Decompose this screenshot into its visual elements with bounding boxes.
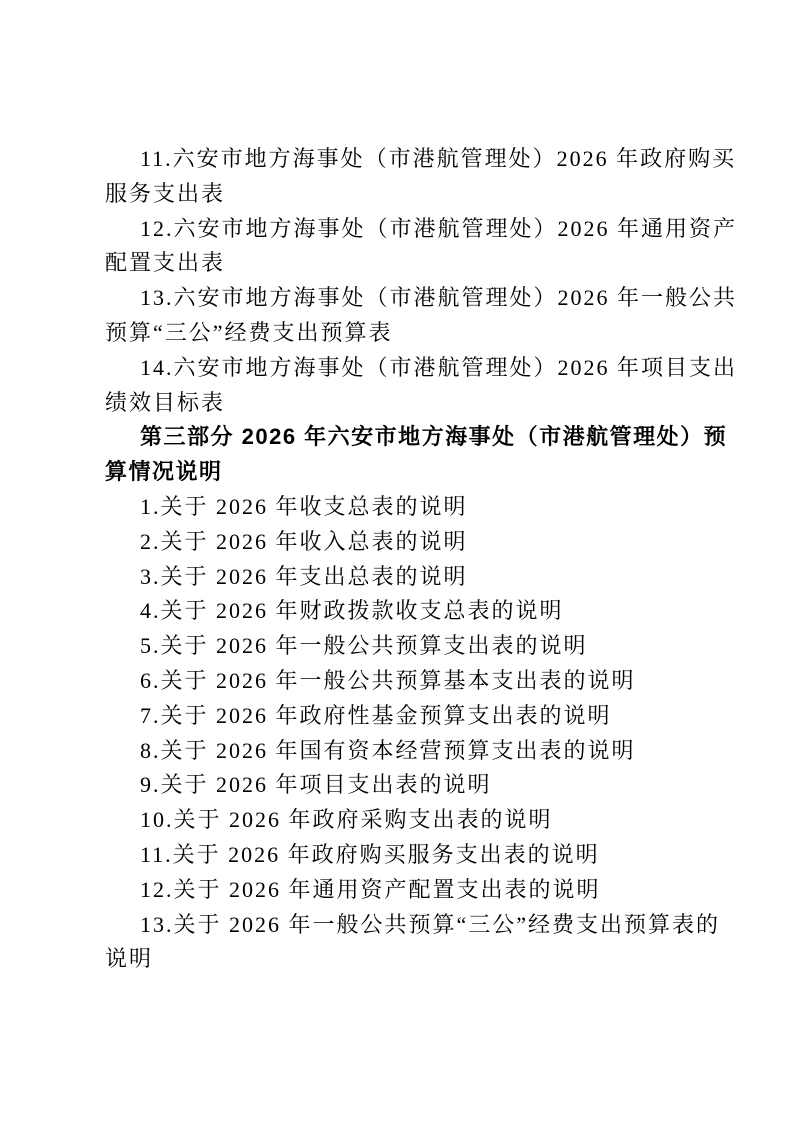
toc-line: 14.六安市地方海事处（市港航管理处）2026 年项目支出 xyxy=(105,351,745,386)
toc-line: 12.六安市地方海事处（市港航管理处）2026 年通用资产 xyxy=(105,212,745,247)
toc-note-5: 5.关于 2026 年一般公共预算支出表的说明 xyxy=(105,629,745,664)
toc-note-8: 8.关于 2026 年国有资本经营预算支出表的说明 xyxy=(105,734,745,769)
toc-note-7: 7.关于 2026 年政府性基金预算支出表的说明 xyxy=(105,699,745,734)
toc-item-table-14: 14.六安市地方海事处（市港航管理处）2026 年项目支出 绩效目标表 xyxy=(105,351,745,421)
toc-line-wrap: 说明 xyxy=(105,942,745,977)
toc-item-table-13: 13.六安市地方海事处（市港航管理处）2026 年一般公共 预算“三公”经费支出… xyxy=(105,281,745,351)
toc-content: 11.六安市地方海事处（市港航管理处）2026 年政府购买 服务支出表 12.六… xyxy=(105,142,745,977)
document-page: 11.六安市地方海事处（市港航管理处）2026 年政府购买 服务支出表 12.六… xyxy=(0,0,793,1122)
toc-line-wrap: 配置支出表 xyxy=(105,246,745,281)
toc-line-wrap: 预算“三公”经费支出预算表 xyxy=(105,316,745,351)
toc-line: 11.六安市地方海事处（市港航管理处）2026 年政府购买 xyxy=(105,142,745,177)
toc-line-wrap: 服务支出表 xyxy=(105,177,745,212)
toc-item-table-11: 11.六安市地方海事处（市港航管理处）2026 年政府购买 服务支出表 xyxy=(105,142,745,212)
toc-item-table-12: 12.六安市地方海事处（市港航管理处）2026 年通用资产 配置支出表 xyxy=(105,212,745,282)
section-heading-line: 第三部分 2026 年六安市地方海事处（市港航管理处）预 xyxy=(105,420,745,455)
toc-note-11: 11.关于 2026 年政府购买服务支出表的说明 xyxy=(105,838,745,873)
toc-line-wrap: 绩效目标表 xyxy=(105,386,745,421)
toc-note-13: 13.关于 2026 年一般公共预算“三公”经费支出预算表的 说明 xyxy=(105,908,745,978)
toc-line: 13.六安市地方海事处（市港航管理处）2026 年一般公共 xyxy=(105,281,745,316)
toc-note-1: 1.关于 2026 年收支总表的说明 xyxy=(105,490,745,525)
toc-note-2: 2.关于 2026 年收入总表的说明 xyxy=(105,525,745,560)
section-heading-line-wrap: 算情况说明 xyxy=(105,455,745,490)
section-heading-part3: 第三部分 2026 年六安市地方海事处（市港航管理处）预 算情况说明 xyxy=(105,420,745,490)
toc-note-3: 3.关于 2026 年支出总表的说明 xyxy=(105,560,745,595)
toc-note-12: 12.关于 2026 年通用资产配置支出表的说明 xyxy=(105,873,745,908)
toc-note-9: 9.关于 2026 年项目支出表的说明 xyxy=(105,768,745,803)
toc-note-4: 4.关于 2026 年财政拨款收支总表的说明 xyxy=(105,594,745,629)
toc-note-10: 10.关于 2026 年政府采购支出表的说明 xyxy=(105,803,745,838)
toc-line: 13.关于 2026 年一般公共预算“三公”经费支出预算表的 xyxy=(105,908,745,943)
toc-note-6: 6.关于 2026 年一般公共预算基本支出表的说明 xyxy=(105,664,745,699)
